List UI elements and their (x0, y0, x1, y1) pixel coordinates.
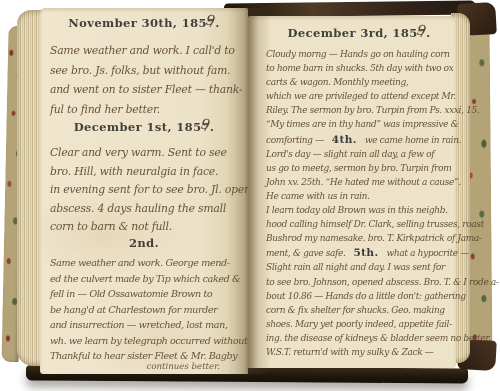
printed-day-heading-5th: 5th. (353, 247, 378, 259)
handwriting-line: to home barn in shucks. 5th day with two… (266, 62, 452, 76)
spine-top-edge (224, 0, 476, 17)
handwriting-line: be hang'd at Charlestown for murder (50, 303, 238, 319)
handwritten-year-correction: 9 (415, 22, 427, 39)
diary-entry-dec-1: December 1st, 18579. Clear and very warm… (50, 120, 238, 237)
entry-heading-nov-30: November 30th, 18579. (50, 16, 238, 30)
handwriting-line: shoes. Mary yet poorly indeed, appetite … (266, 318, 452, 332)
entry-heading-dec-2: 2nd. (50, 236, 238, 250)
handwriting-line: bro. Hill, with neuralgia in face. (50, 163, 238, 182)
handwriting-line: I learn today old Brown was in this neig… (266, 204, 452, 218)
entry-body: Same weather and work. I call'd tosee br… (50, 41, 238, 119)
handwriting-line: Bushrod my namesake. bro. T. Kirkpatrick… (266, 232, 452, 246)
entry-line-with-day-4: comforting —4th.we came home in rain. (266, 133, 452, 148)
open-diary-book: November 30th, 18579. Same weather and w… (0, 0, 500, 391)
handwriting-line: ing. the disease of kidneys & bladder se… (266, 332, 452, 346)
handwriting-line: Cloudy morng — Hands go on hauling corn (266, 48, 452, 62)
entry-body-dec-3: Cloudy morng — Hands go on hauling cornt… (266, 48, 452, 133)
heading-text: December 3rd, 185 (288, 26, 418, 40)
handwriting-line: “My times are in thy hand” was impressiv… (266, 118, 452, 132)
entry-heading-dec-3: December 3rd, 18579. (266, 26, 452, 40)
diary-page-right: December 3rd, 18579. Cloudy morng — Hand… (248, 16, 456, 368)
handwriting-line: Lord's day — slight rain all day, a few … (266, 148, 452, 162)
handwriting-segment: what a hypocrite — (387, 249, 469, 259)
handwriting-line: W.S.T. return'd with my sulky & Zack — (266, 346, 452, 360)
heading-text: 2nd. (129, 236, 159, 250)
handwriting-line: wh. we learn by telegraph occurred witho… (50, 334, 238, 350)
handwriting-line: ful to find her better. (50, 100, 238, 120)
entry-line-with-day-5: ment, & gave safe.5th.what a hypocrite — (266, 246, 452, 261)
entry-body: Clear and very warm. Sent to seebro. Hil… (50, 144, 238, 237)
handwriting-line: fell in — Old Ossawatomie Brown to (50, 287, 238, 303)
handwriting-line: and insurrection — wretched, lost man, (50, 318, 238, 334)
entry-body-dec-4: Lord's day — slight rain all day, a few … (266, 148, 452, 247)
handwriting-line: us go to meetg, sermon by bro. Turpin fr… (266, 162, 452, 176)
handwriting-line: see bro. Js. folks, but without fam. (50, 61, 238, 81)
handwriting-line: Clear and very warm. Sent to see (50, 144, 238, 163)
handwriting-segment: ment, & gave safe. (266, 249, 345, 259)
heading-period: . (215, 16, 219, 30)
handwriting-line: ed the culvert made by Tip which caked & (50, 272, 238, 288)
heading-text: December 1st, 185 (74, 120, 202, 134)
diary-entry-dec-2: 2nd. Same weather and work. George mend-… (50, 236, 238, 372)
handwriting-line: corn & fix shelter for shucks. Geo. maki… (266, 304, 452, 318)
entry-body-dec-5: Slight rain all night and day. I was sen… (266, 261, 452, 360)
handwriting-segment: we came home in rain. (365, 136, 461, 146)
entry-heading-dec-1: December 1st, 18579. (50, 120, 238, 134)
handwriting-line: carts & wagon. Monthly meeting, (266, 76, 452, 90)
handwriting-line: and went on to sister Fleet — thank- (50, 80, 238, 100)
handwriting-line: in evening sent for to see bro. Jl. open… (50, 181, 238, 200)
handwriting-line: to see bro. Johnson, opened abscess. Bro… (266, 276, 452, 290)
handwriting-line: John xv. 25th. “He hated me without a ca… (266, 176, 452, 190)
handwriting-line: Same weather and work. I call'd to (50, 41, 238, 61)
handwriting-line: which we are privileged to attend except… (266, 90, 452, 104)
diary-page-left: November 30th, 18579. Same weather and w… (40, 8, 248, 374)
printed-day-heading-4th: 4th. (332, 134, 357, 146)
diary-entry-nov-30: November 30th, 18579. Same weather and w… (50, 16, 238, 119)
heading-text: November 30th, 185 (68, 16, 207, 30)
handwriting-line: He came with us in rain. (266, 190, 452, 204)
handwriting-line: Same weather and work. George mend- (50, 256, 238, 272)
handwriting-segment: comforting — (266, 136, 324, 146)
handwriting-line: Slight rain all night and day. I was sen… (266, 261, 452, 275)
handwriting-line: hood calling himself Dr. Clark, selling … (266, 218, 452, 232)
handwriting-line: Riley. The sermon by bro. Turpin from Ps… (266, 104, 452, 118)
handwriting-line: corn to barn & not full. (50, 218, 238, 237)
handwriting-line: abscess. 4 days hauling the small (50, 200, 238, 219)
handwriting-line: bout 10.86 — Hands do a little don't: ga… (266, 290, 452, 304)
handwritten-year-correction: 9 (199, 116, 211, 133)
entry-body: Same weather and work. George mend-ed th… (50, 256, 238, 365)
